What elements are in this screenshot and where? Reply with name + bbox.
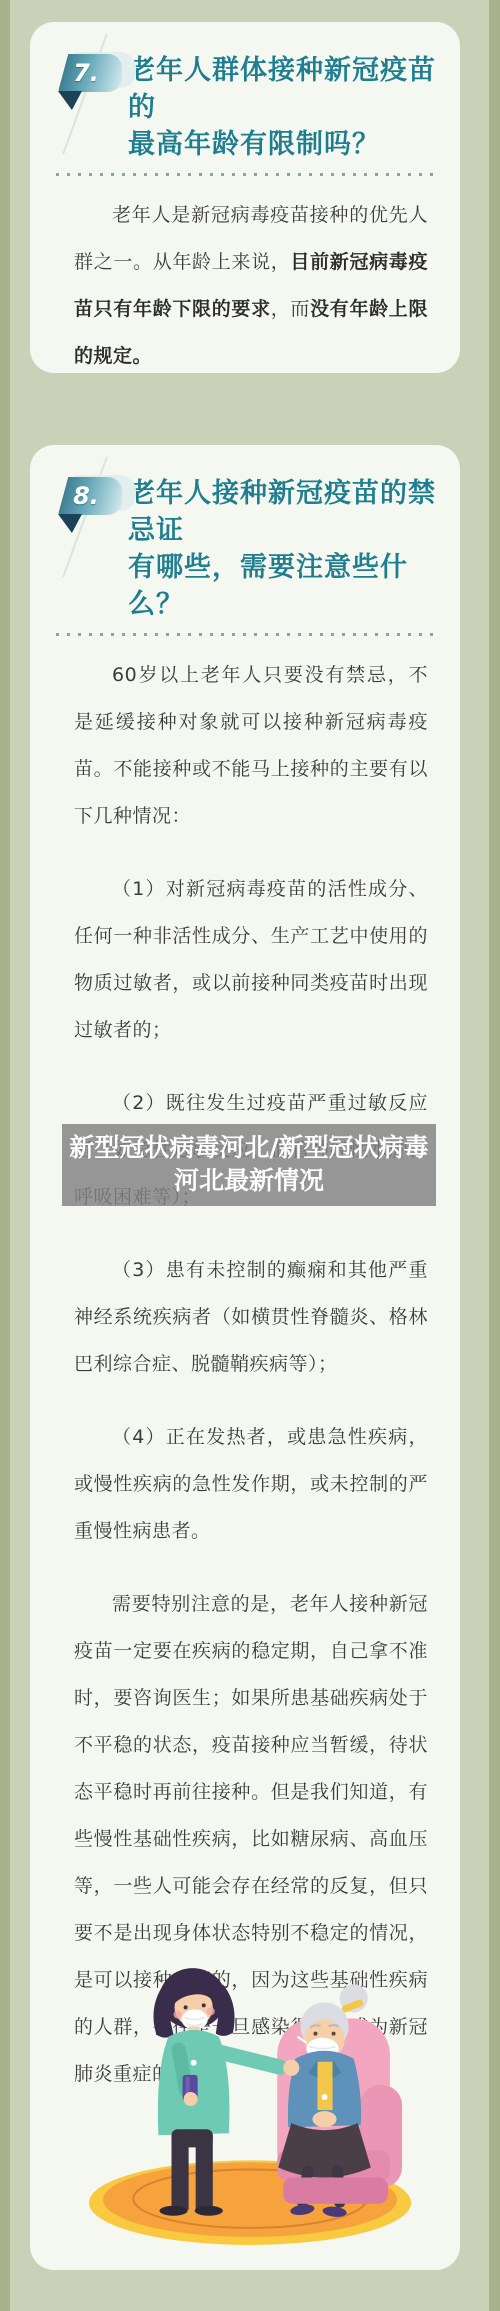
body-text: （3）患有未控制的癫痫和其他严重神经系统疾病者（如横贯性脊髓炎、格林巴利综合症、… (74, 1259, 428, 1375)
title-line-1: 老年人接种新冠疫苗的禁忌证 (128, 475, 446, 549)
armchair-base (283, 2178, 388, 2204)
body-paragraph: （1）对新冠病毒疫苗的活性成分、任何一种非活性成分、生产工艺中使用的物质过敏者，… (74, 866, 428, 1054)
body-text: （1）对新冠病毒疫苗的活性成分、任何一种非活性成分、生产工艺中使用的物质过敏者，… (74, 878, 428, 1041)
shoe (195, 2206, 223, 2216)
leg (196, 2135, 213, 2209)
watermark-overlay: 新型冠状病毒河北/新型冠状病毒河北最新情况 (62, 1124, 436, 1206)
section-title: 老年人群体接种新冠疫苗的 最高年龄有限制吗？ (128, 50, 446, 163)
title-line-2: 最高年龄有限制吗？ (128, 126, 446, 163)
section-number-badge: 8. (46, 473, 128, 553)
section-body: 老年人是新冠病毒疫苗接种的优先人群之一。从年龄上来说，目前新冠病毒疫苗只有年龄下… (30, 176, 460, 373)
qa-card-7: 7. 老年人群体接种新冠疫苗的 最高年龄有限制吗？ 老年人是新冠病毒疫苗接种的优… (30, 22, 460, 373)
card-header: 8. 老年人接种新冠疫苗的禁忌证 有哪些，需要注意些什么？ (30, 445, 460, 623)
title-line-1: 老年人群体接种新冠疫苗的 (128, 52, 446, 126)
title-line-2: 有哪些，需要注意些什么？ (128, 549, 446, 623)
left-edge-strip (0, 0, 10, 2311)
section-title: 老年人接种新冠疫苗的禁忌证 有哪些，需要注意些什么？ (128, 473, 446, 623)
body-paragraph: 60岁以上老年人只要没有禁忌，不是延缓接种对象就可以接种新冠病毒疫苗。不能接种或… (74, 652, 428, 840)
badge-number: 8. (73, 482, 107, 510)
body-paragraph: 老年人是新冠病毒疫苗接种的优先人群之一。从年龄上来说，目前新冠病毒疫苗只有年龄下… (74, 192, 428, 373)
badge-number: 7. (73, 59, 107, 87)
body-paragraph: （3）患有未控制的癫痫和其他严重神经系统疾病者（如横贯性脊髓炎、格林巴利综合症、… (74, 1247, 428, 1388)
right-edge-strip (489, 0, 500, 2311)
illustration (58, 1946, 432, 2248)
body-text: 60岁以上老年人只要没有禁忌，不是延缓接种对象就可以接种新冠病毒疫苗。不能接种或… (74, 664, 428, 827)
body-paragraph: （4）正在发热者，或患急性疾病，或慢性疾病的急性发作期，或未控制的严重慢性病患者… (74, 1414, 428, 1555)
leg (172, 2135, 189, 2209)
watermark-text: 新型冠状病毒河北/新型冠状病毒河北最新情况 (69, 1133, 428, 1195)
section-number-badge: 7. (46, 50, 128, 130)
number-7-badge: 7. (58, 54, 122, 92)
card-header: 7. 老年人群体接种新冠疫苗的 最高年龄有限制吗？ (30, 22, 460, 163)
infographic-page: 7. 老年人群体接种新冠疫苗的 最高年龄有限制吗？ 老年人是新冠病毒疫苗接种的优… (0, 0, 500, 2311)
shoe (159, 2206, 187, 2216)
body-text: ，而 (271, 298, 310, 320)
hand-on-shoulder (283, 2060, 299, 2076)
body-text: （4）正在发热者，或患急性疾病，或慢性疾病的急性发作期，或未控制的严重慢性病患者… (74, 1426, 428, 1542)
section-body: 60岁以上老年人只要没有禁忌，不是延缓接种对象就可以接种新冠病毒疫苗。不能接种或… (30, 636, 460, 2098)
shirt (317, 2062, 332, 2110)
skirt (278, 2123, 371, 2177)
number-8-badge: 8. (58, 477, 122, 515)
qa-card-8: 8. 老年人接种新冠疫苗的禁忌证 有哪些，需要注意些什么？ 60岁以上老年人只要… (30, 445, 460, 2270)
